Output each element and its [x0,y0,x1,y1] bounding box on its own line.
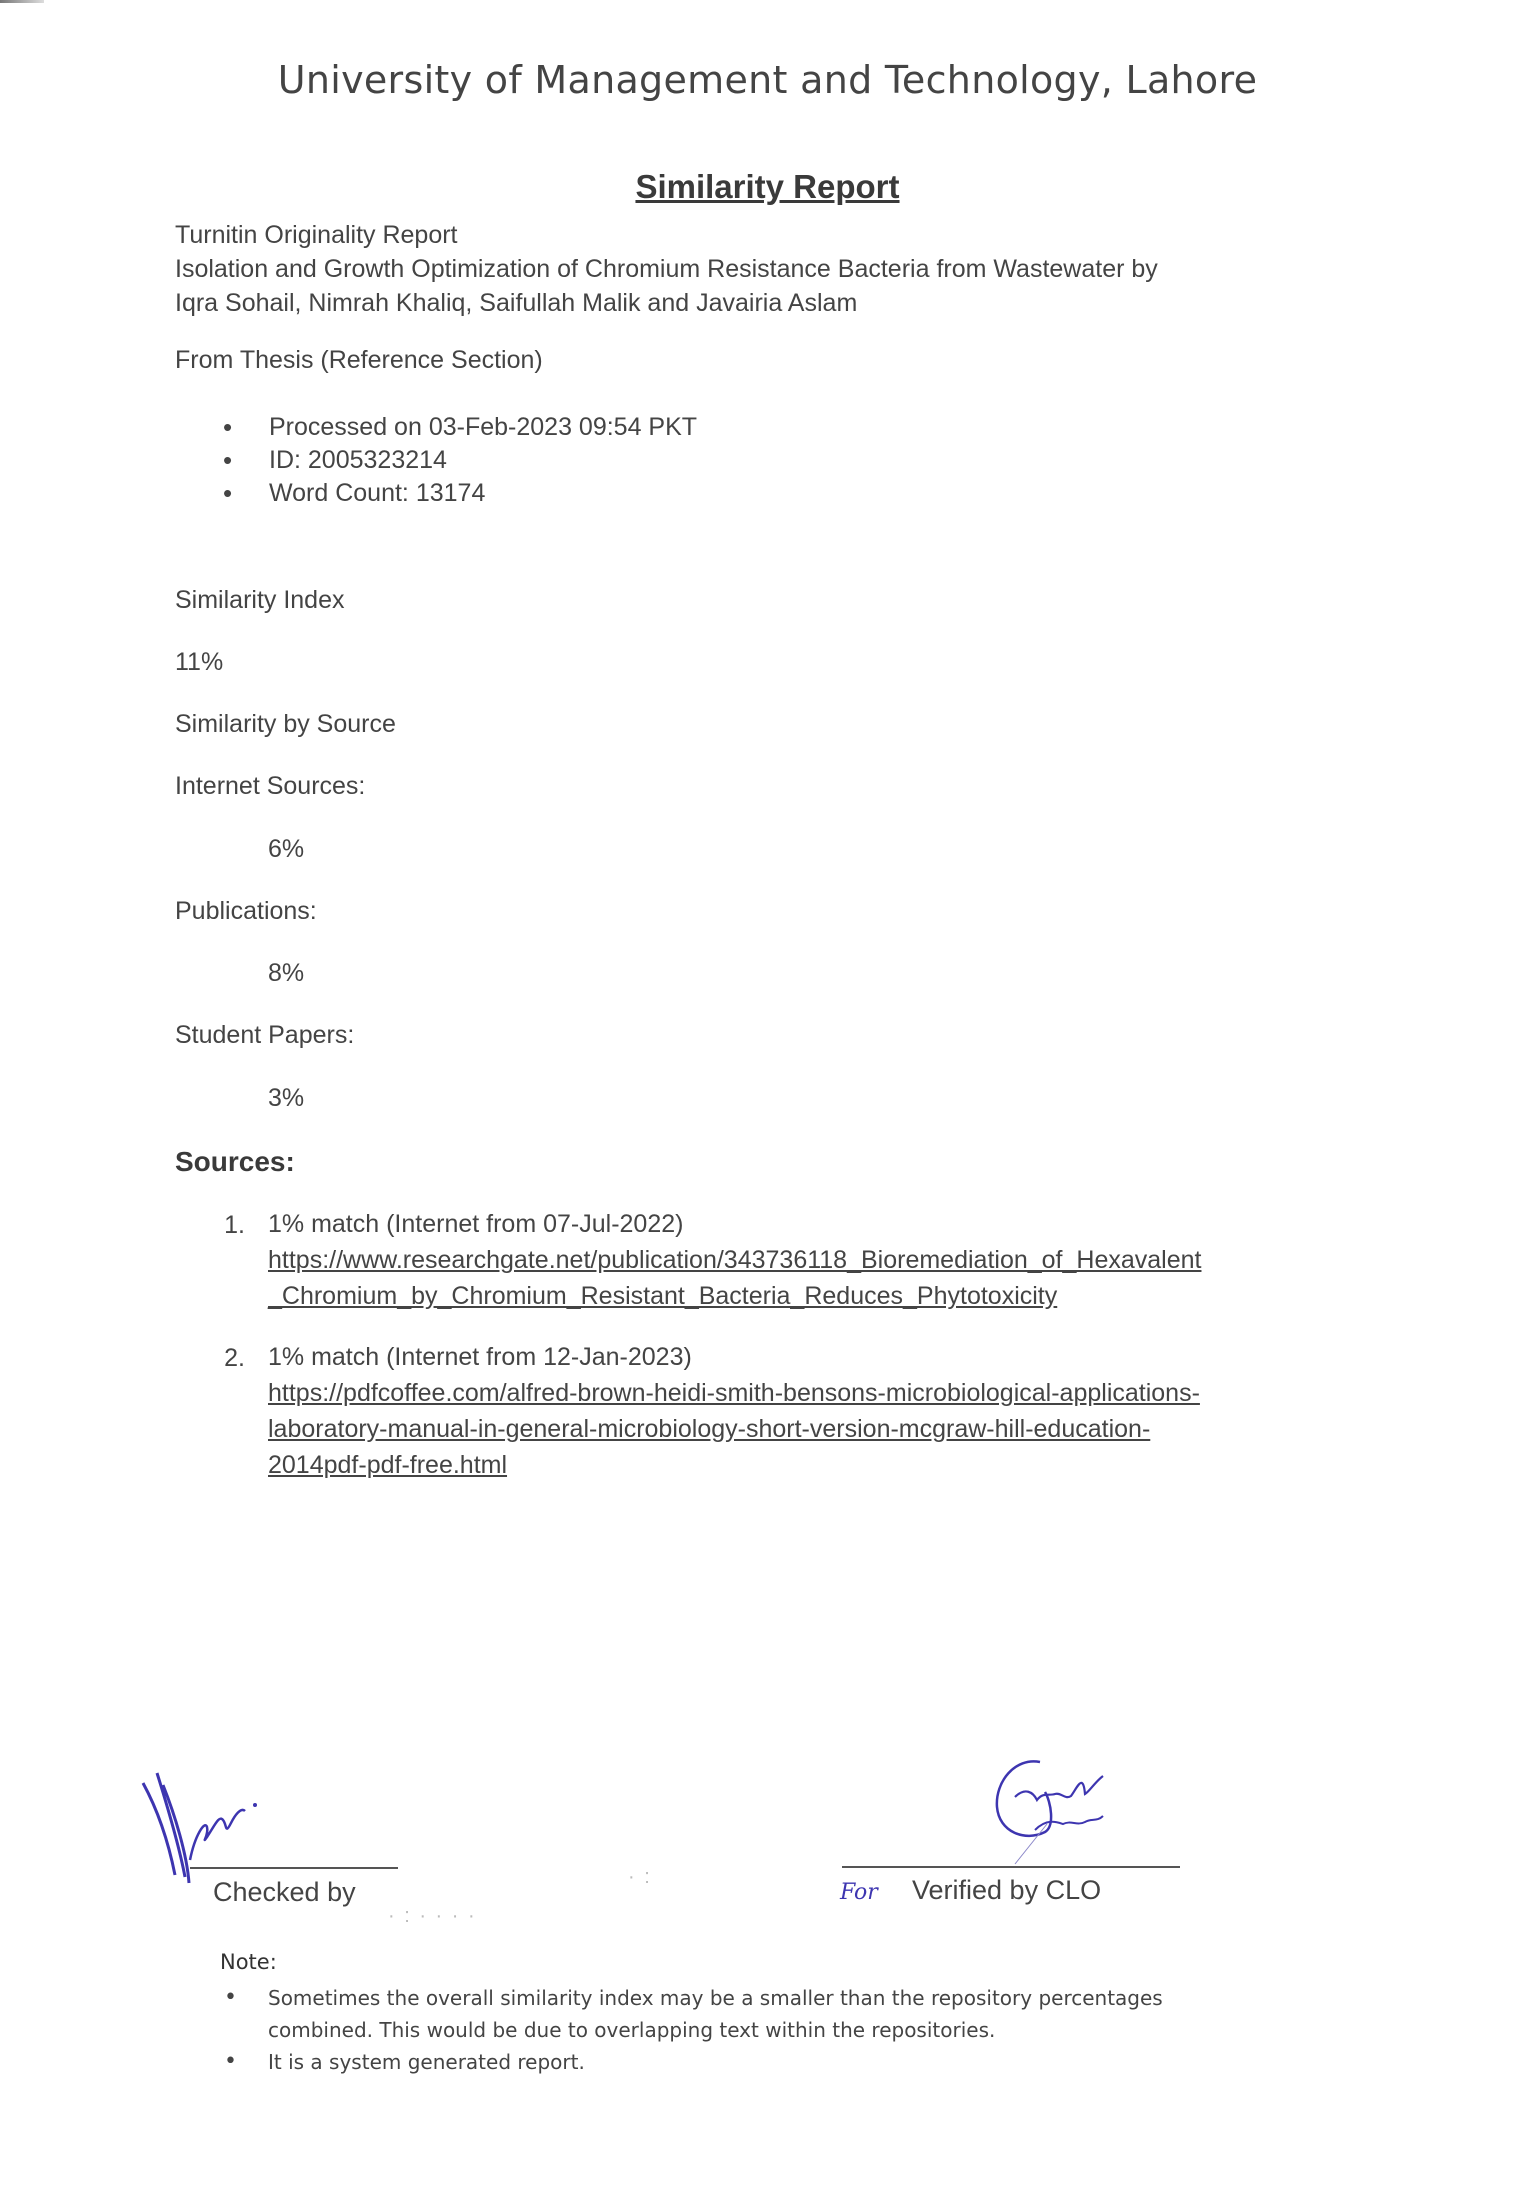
note-item: It is a system generated report. [220,2046,1240,2078]
source-link[interactable]: https://pdfcoffee.com/alfred-brown-heidi… [268,1375,1200,1411]
similarity-index-label: Similarity Index [175,583,345,617]
internet-sources-value: 6% [268,832,304,866]
source-link-continued[interactable]: laboratory-manual-in-general-microbiolog… [268,1411,1200,1447]
note-item: Sometimes the overall similarity index m… [220,1982,1240,2046]
from-thesis: From Thesis (Reference Section) [175,343,543,377]
similarity-index-value: 11% [175,645,223,679]
student-papers-label: Student Papers: [175,1018,354,1052]
source-number: 2. [205,1344,245,1373]
word-count: Word Count: 13174 [175,477,697,510]
source-match: 1% match (Internet from 07-Jul-2022) [268,1206,1201,1242]
processed-date: Processed on 03-Feb-2023 09:54 PKT [175,411,697,444]
checked-by-label: Checked by [213,1877,356,1908]
note-list: Sometimes the overall similarity index m… [220,1982,1240,2078]
publications-label: Publications: [175,894,317,928]
source-body: 1% match (Internet from 07-Jul-2022) htt… [268,1206,1201,1314]
verified-by-label: Verified by CLO [912,1875,1101,1906]
source-match: 1% match (Internet from 12-Jan-2023) [268,1339,1200,1375]
authors: Iqra Sohail, Nimrah Khaliq, Saifullah Ma… [175,286,1158,320]
verified-by-signature-icon [985,1752,1135,1867]
report-header-block: Turnitin Originality Report Isolation an… [175,218,1158,320]
for-handwritten-note: For [840,1880,878,1905]
report-id: ID: 2005323214 [175,444,697,477]
turnitin-label: Turnitin Originality Report [175,218,1158,252]
thesis-title: Isolation and Growth Optimization of Chr… [175,252,1158,286]
student-papers-value: 3% [268,1081,304,1115]
note-heading: Note: [220,1950,277,1974]
report-title: Similarity Report [0,168,1535,206]
source-link-continued[interactable]: _Chromium_by_Chromium_Resistant_Bacteria… [268,1278,1201,1314]
similarity-by-source-label: Similarity by Source [175,707,396,741]
verified-by-line [842,1866,1180,1868]
source-number: 1. [205,1211,245,1240]
source-body: 1% match (Internet from 12-Jan-2023) htt… [268,1339,1200,1483]
source-link[interactable]: https://www.researchgate.net/publication… [268,1242,1201,1278]
checked-by-line [190,1867,398,1869]
faint-mark: · : [628,1866,652,1889]
publications-value: 8% [268,956,304,990]
faint-stamp-text: · : · · · · [388,1905,477,1928]
scan-corner-mark [0,0,44,3]
sources-heading: Sources: [175,1146,295,1178]
report-details: Processed on 03-Feb-2023 09:54 PKT ID: 2… [175,411,697,510]
source-link-continued[interactable]: 2014pdf-pdf-free.html [268,1447,1200,1483]
university-title: University of Management and Technology,… [0,58,1535,102]
internet-sources-label: Internet Sources: [175,769,365,803]
